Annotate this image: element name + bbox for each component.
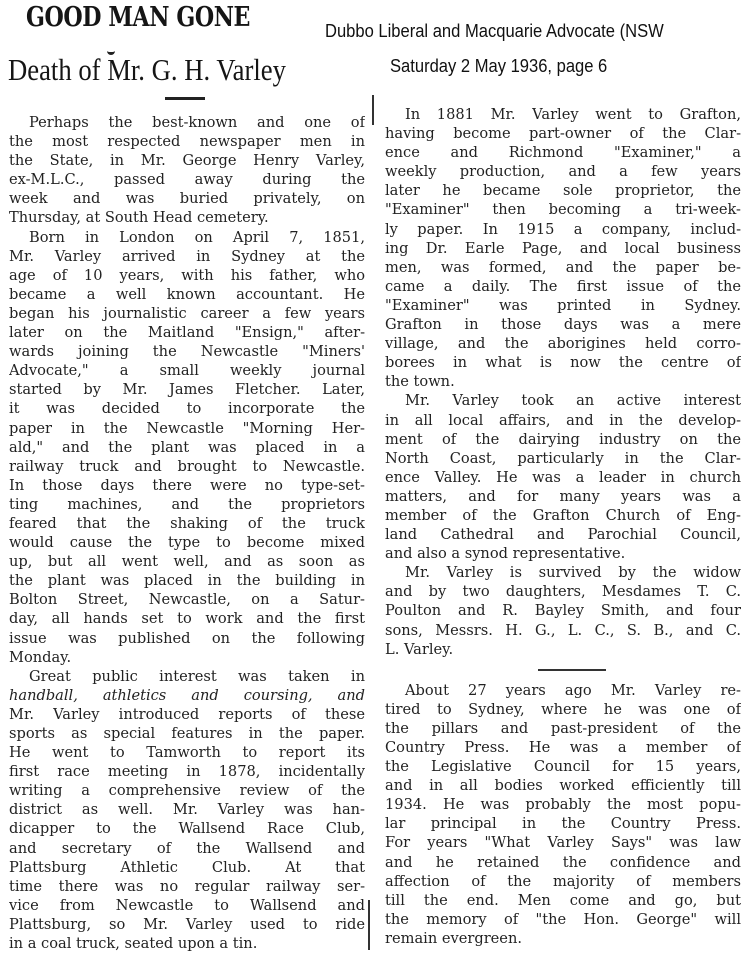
- text-line: Mr. Varley introduced reports of these: [9, 705, 365, 724]
- text-line: Monday.: [9, 648, 365, 667]
- text-line: Plattsburg Athletic Club. At that: [9, 858, 365, 877]
- text-line: Poulton and R. Bayley Smith, and four: [385, 601, 741, 620]
- text-line: weekly production, and a few years: [385, 162, 741, 181]
- date-caption: Saturday 2 May 1936, page 6: [390, 56, 607, 77]
- text-line: land Cathedral and Parochial Council,: [385, 525, 741, 544]
- text-line: ence Valley. He was a leader in church: [385, 468, 741, 487]
- text-line: sons, Messrs. H. G., L. C., S. B., and C…: [385, 621, 741, 640]
- column-divider: [372, 95, 374, 125]
- text-line: ald," and the plant was placed in a: [9, 438, 365, 457]
- text-line: having become part-owner of the Clar-: [385, 124, 741, 143]
- text-line: affection of the majority of members: [385, 872, 741, 891]
- text-line: writing a comprehensive review of the: [9, 781, 365, 800]
- text-line: In those days there were no type-set-: [9, 476, 365, 495]
- text-line: L. Varley.: [385, 640, 741, 659]
- text-line: district as well. Mr. Varley was han-: [9, 800, 365, 819]
- text-line: the Legislative Council for 15 years,: [385, 757, 741, 776]
- article-column-right: In 1881 Mr. Varley went to Grafton, havi…: [385, 105, 741, 948]
- text-line: the most respected newspaper men in: [9, 132, 365, 151]
- text-line: began his journalistic career a few year…: [9, 304, 365, 323]
- text-line: "Examiner" was printed in Sydney.: [385, 296, 741, 315]
- text-line: issue was published on the following: [9, 629, 365, 648]
- text-line: became a well known accountant. He: [9, 285, 365, 304]
- text-line: Advocate," a small weekly journal: [9, 361, 365, 380]
- text-line: feared that the shaking of the truck: [9, 514, 365, 533]
- text-line: men, was formed, and the paper be-: [385, 258, 741, 277]
- text-line: Mr. Varley is survived by the widow: [385, 563, 741, 582]
- text-line: the town.: [385, 372, 741, 391]
- section-divider-rule: [538, 669, 606, 671]
- text-line: started by Mr. James Fletcher. Later,: [9, 380, 365, 399]
- text-line: ex-M.L.C., passed away during the: [9, 170, 365, 189]
- text-line: ting machines, and the proprietors: [9, 495, 365, 514]
- text-line: later he became sole proprietor, the: [385, 181, 741, 200]
- text-line: tired to Sydney, where he was one of: [385, 700, 741, 719]
- text-line: week and was buried privately, on: [9, 189, 365, 208]
- text-line: vice from Newcastle to Wallsend and: [9, 896, 365, 915]
- text-line: About 27 years ago Mr. Varley re-: [385, 681, 741, 700]
- text-line: borees in what is now the centre of: [385, 353, 741, 372]
- text-line: member of the Grafton Church of Eng-: [385, 506, 741, 525]
- text-line: Great public interest was taken in: [9, 667, 365, 686]
- article-column-left: Perhaps the best-known and one of the mo…: [9, 113, 365, 953]
- text-line: dicapper to the Wallsend Race Club,: [9, 819, 365, 838]
- text-line: lar principal in the Country Press.: [385, 814, 741, 833]
- text-line: and in all bodies worked efficiently til…: [385, 776, 741, 795]
- text-line: day, all hands set to work and the first: [9, 609, 365, 628]
- text-line: would cause the type to become mixed: [9, 533, 365, 552]
- text-line: handball, athletics and coursing, and: [9, 686, 365, 705]
- text-line: later on the Maitland "Ensign," after-: [9, 323, 365, 342]
- text-line: In 1881 Mr. Varley went to Grafton,: [385, 105, 741, 124]
- text-line: "Examiner" then becoming a tri-week-: [385, 200, 741, 219]
- text-line: came a daily. The first issue of the: [385, 277, 741, 296]
- text-line: till the end. Men come and go, but: [385, 891, 741, 910]
- text-line: North Coast, particularly in the Clar-: [385, 449, 741, 468]
- text-line: and secretary of the Wallsend and: [9, 839, 365, 858]
- text-line: in a coal truck, seated upon a tin.: [9, 934, 365, 953]
- text-line: it was decided to incorporate the: [9, 399, 365, 418]
- text-line: Mr. Varley took an active interest: [385, 391, 741, 410]
- text-line: paper in the Newcastle "Morning Her-: [9, 419, 365, 438]
- text-line: and by two daughters, Mesdames T. C.: [385, 582, 741, 601]
- text-line: For years "What Varley Says" was law: [385, 833, 741, 852]
- text-line: age of 10 years, with his father, who: [9, 266, 365, 285]
- text-line: ly paper. In 1915 a company, includ-: [385, 220, 741, 239]
- text-line: matters, and for many years was a: [385, 487, 741, 506]
- column-divider: [368, 900, 370, 950]
- text-line: first race meeting in 1878, incidentally: [9, 762, 365, 781]
- headline-rule: [165, 97, 205, 100]
- text-line: the State, in Mr. George Henry Varley,: [9, 151, 365, 170]
- text-line: and he retained the confidence and: [385, 853, 741, 872]
- text-line: the memory of "the Hon. George" will: [385, 910, 741, 929]
- text-line: Bolton Street, Newcastle, on a Satur-: [9, 590, 365, 609]
- text-line: in all local affairs, and in the develop…: [385, 411, 741, 430]
- text-line: time there was no regular railway ser-: [9, 877, 365, 896]
- text-line: and also a synod representative.: [385, 544, 741, 563]
- text-line: village, and the aborigines held corro-: [385, 334, 741, 353]
- text-line: Plattsburg, so Mr. Varley used to ride: [9, 915, 365, 934]
- text-line: Country Press. He was a member of: [385, 738, 741, 757]
- subheadline: Death of Mr. G. H. Varley: [8, 52, 286, 88]
- text-line: up, but all went well, and as soon as: [9, 552, 365, 571]
- text-line: Born in London on April 7, 1851,: [9, 228, 365, 247]
- text-line: Perhaps the best-known and one of: [9, 113, 365, 132]
- text-line: Grafton in those days was a mere: [385, 315, 741, 334]
- text-line: remain evergreen.: [385, 929, 741, 948]
- text-line: 1934. He was probably the most popu-: [385, 795, 741, 814]
- text-line: the plant was placed in the building in: [9, 571, 365, 590]
- text-line: sports as special features in the paper.: [9, 724, 365, 743]
- headline: GOOD MAN GONE: [26, 2, 239, 33]
- text-line: the pillars and past-president of the: [385, 719, 741, 738]
- text-line: ing Dr. Earle Page, and local business: [385, 239, 741, 258]
- source-caption: Dubbo Liberal and Macquarie Advocate (NS…: [325, 21, 664, 42]
- text-line: Thursday, at South Head cemetery.: [9, 208, 365, 227]
- text-line: wards joining the Newcastle "Miners': [9, 342, 365, 361]
- text-line: Mr. Varley arrived in Sydney at the: [9, 247, 365, 266]
- text-line: railway truck and brought to Newcastle.: [9, 457, 365, 476]
- text-line: ment of the dairying industry on the: [385, 430, 741, 449]
- text-line: ence and Richmond "Examiner," a: [385, 143, 741, 162]
- text-line: He went to Tamworth to report its: [9, 743, 365, 762]
